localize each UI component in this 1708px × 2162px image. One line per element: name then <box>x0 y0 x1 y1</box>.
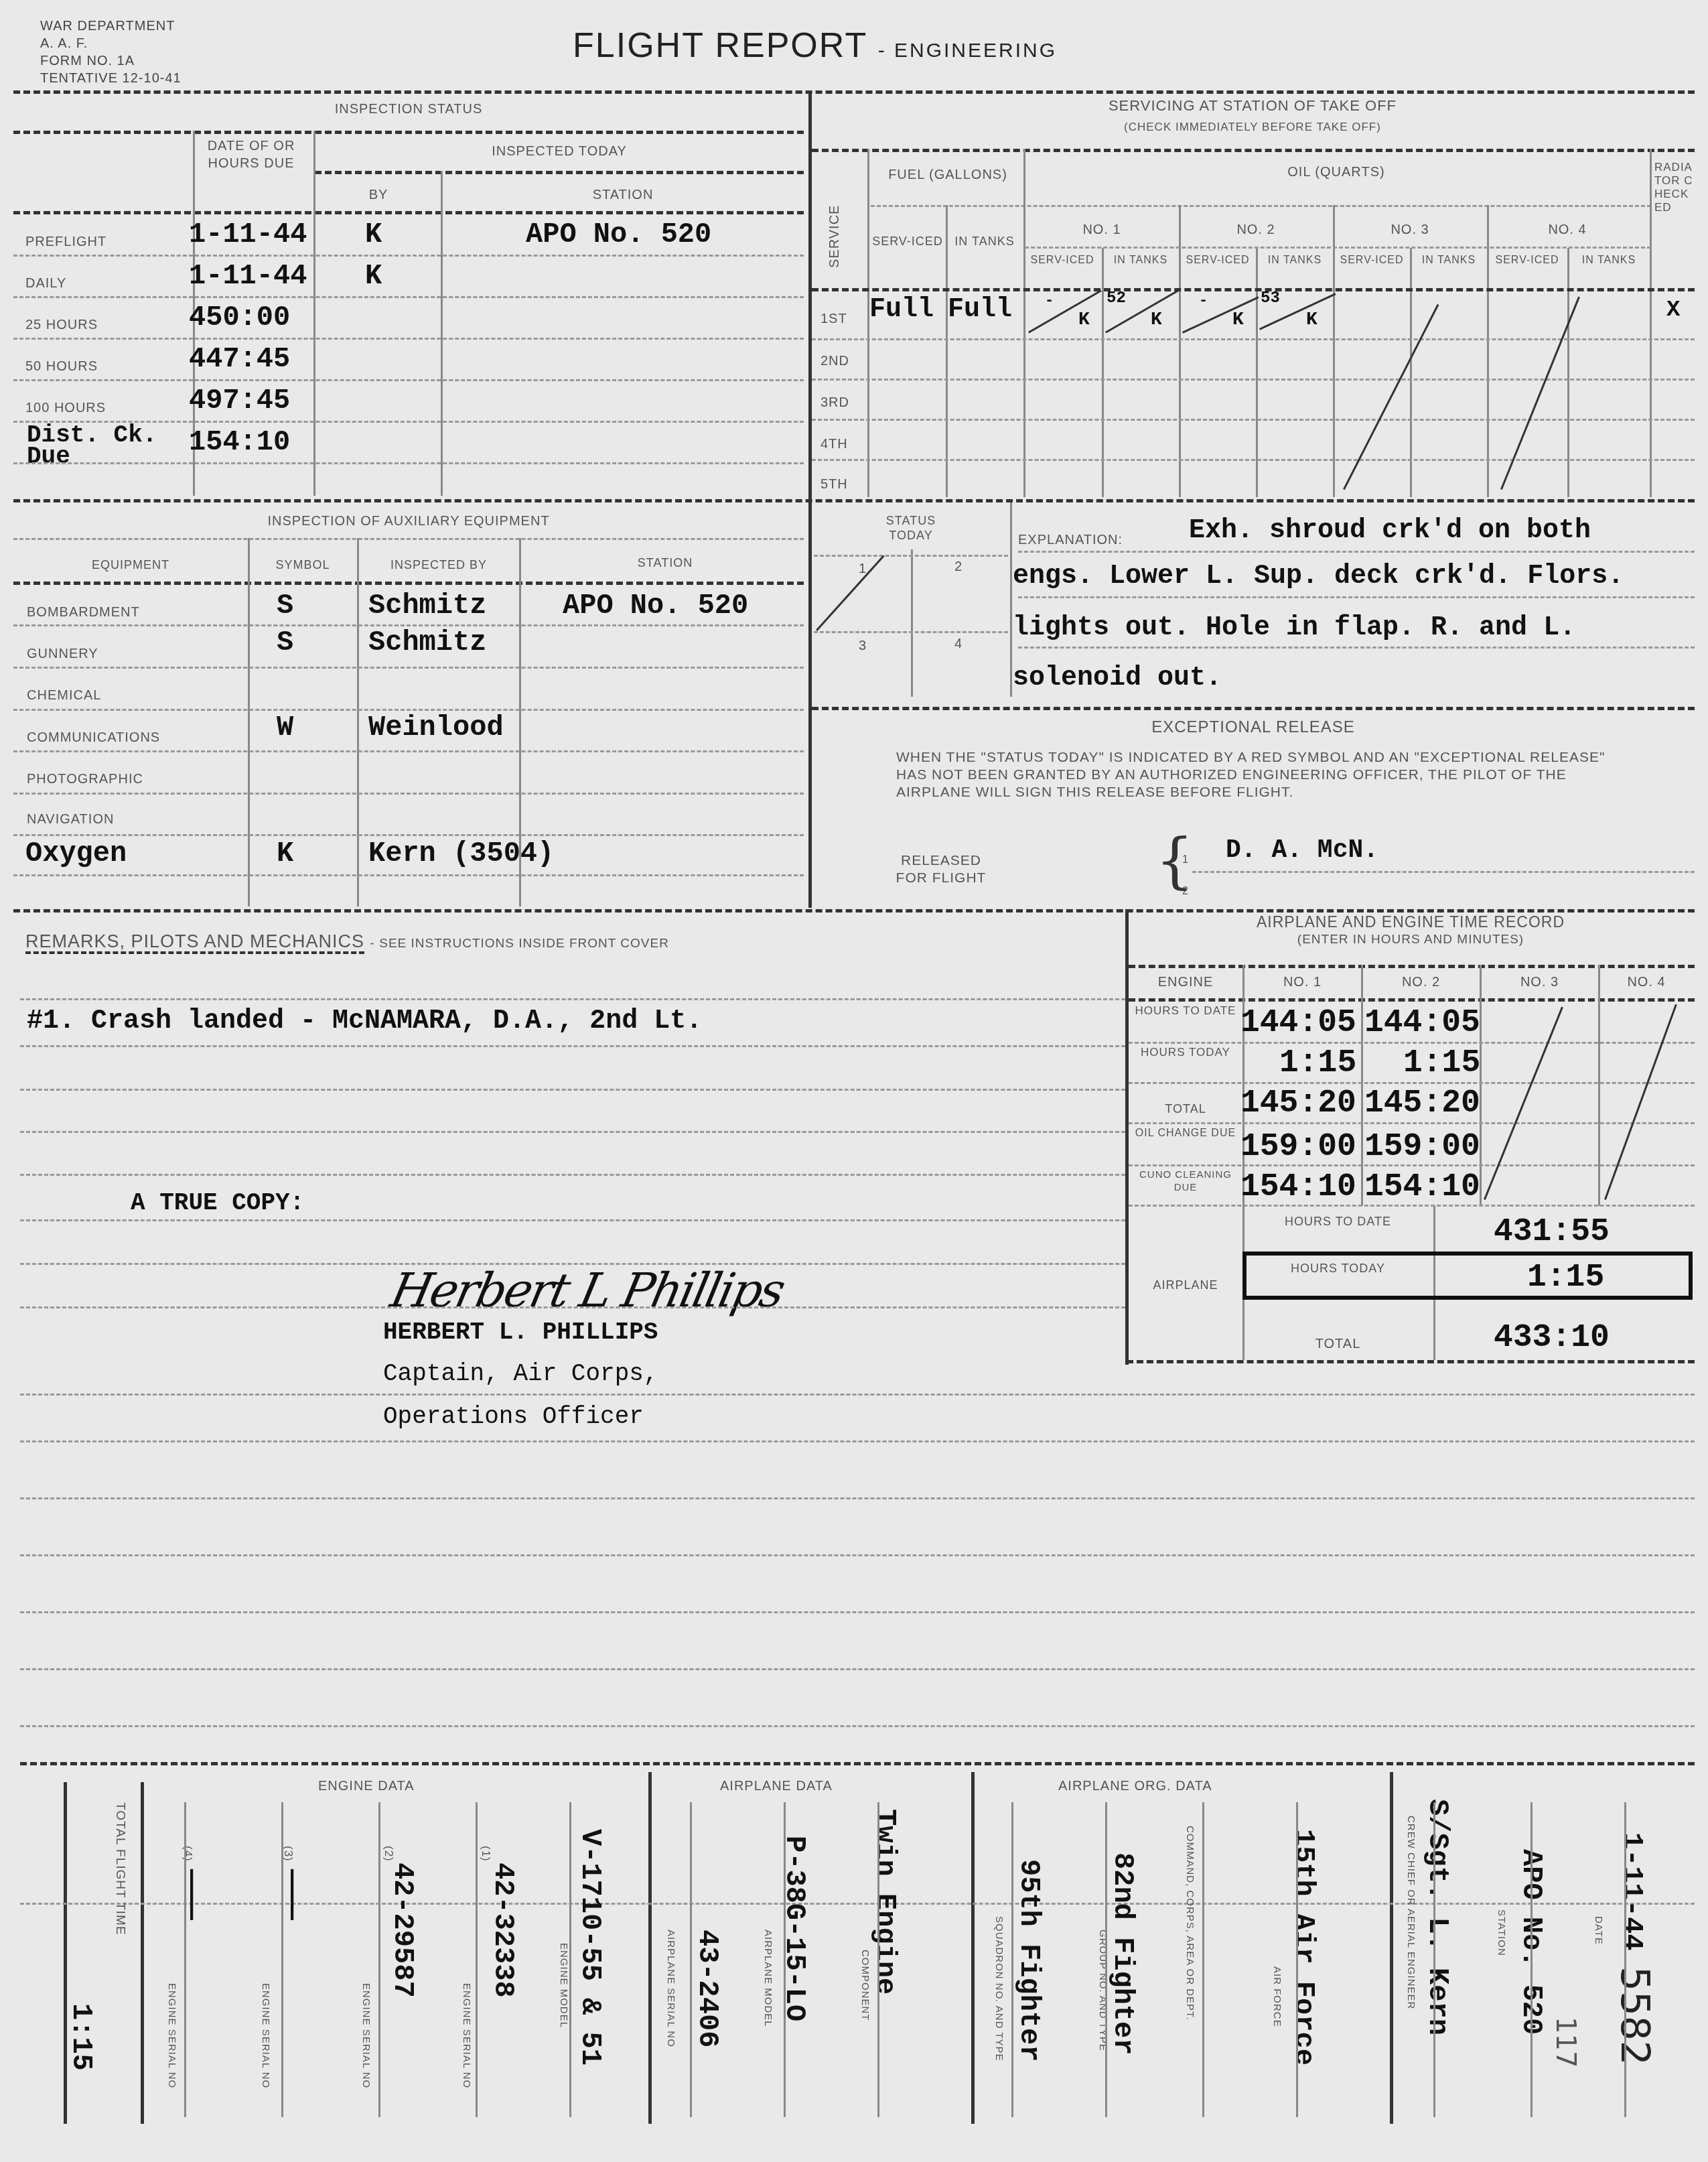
oil-engine-2: NO. 2 <box>1179 222 1333 238</box>
engine-2-serial-label: ENGINE SERIAL NO <box>360 1983 372 2088</box>
col-header-by: BY <box>315 188 442 203</box>
air-force-label: AIR FORCE <box>1271 1966 1283 2027</box>
row-label: 50 HOURS <box>25 359 98 375</box>
oil2-in-tanks-header: IN TANKS <box>1257 255 1332 267</box>
dept-line: TENTATIVE 12-10-41 <box>40 70 182 87</box>
engine2-value: 1:15 <box>1403 1045 1480 1081</box>
squadron: 95th Fighter <box>1013 1859 1045 2062</box>
fuel-serviced: Full <box>869 295 934 325</box>
explanation-label: EXPLANATION: <box>1018 533 1123 548</box>
signer-title: Operations Officer <box>383 1403 644 1430</box>
col-equipment: EQUIPMENT <box>13 558 248 572</box>
engine-data-title: ENGINE DATA <box>318 1779 415 1794</box>
oil2-serviced-by: K <box>1232 310 1244 330</box>
engine-model-label: ENGINE MODEL <box>558 1943 569 2028</box>
oil1-serviced-header: SERV-ICED <box>1025 255 1100 267</box>
oil-engine-4: NO. 4 <box>1487 222 1648 238</box>
col-station: STATION <box>521 556 809 570</box>
equipment-label: GUNNERY <box>27 647 98 662</box>
crew-chief-label: CREW CHIEF OR AERIAL ENGINEER <box>1405 1816 1417 2009</box>
engine-4-num: (4) <box>181 1846 194 1862</box>
release-line-2-num: 2 <box>1182 886 1189 898</box>
airplane-hours-today: 1:15 <box>1527 1260 1604 1296</box>
engine2-value: 144:05 <box>1364 1005 1480 1041</box>
engine1-value: 144:05 <box>1240 1005 1356 1041</box>
engine-1-serial-label: ENGINE SERIAL NO <box>461 1983 472 2088</box>
time-row-label: TOTAL <box>1132 1102 1239 1116</box>
exceptional-release-title: EXCEPTIONAL RELEASE <box>812 718 1695 737</box>
airplane-serial: 43-2406 <box>691 1930 723 2047</box>
symbol: K <box>277 837 293 870</box>
total-flight-time-label: TOTAL FLIGHT TIME <box>113 1802 127 1936</box>
exceptional-release-text: WHEN THE "STATUS TODAY" IS INDICATED BY … <box>896 749 1626 801</box>
explanation-line: lights out. Hole in flap. R. and L. <box>1013 613 1575 643</box>
time-record-subtitle: (ENTER IN HOURS AND MINUTES) <box>1127 933 1695 947</box>
subtitle-text: - ENGINEERING <box>878 40 1057 62</box>
oil-label: OIL (QUARTS) <box>1025 163 1648 181</box>
signature: Herbert L Phillips <box>386 1263 788 1318</box>
engine-model: V-1710-55 & 51 <box>574 1829 606 2066</box>
engine2-value: 145:20 <box>1364 1085 1480 1122</box>
time-row-label: HOURS TO DATE <box>1132 1004 1239 1018</box>
engine-1-serial: 42-32338 <box>487 1863 519 1998</box>
equipment-label: COMMUNICATIONS <box>27 730 160 746</box>
squadron-label: SQUADRON NO. AND TYPE <box>993 1916 1005 2062</box>
crew-chief: S/Sgt. L. Kern <box>1421 1799 1453 2035</box>
airplane-model-label: AIRPLANE MODEL <box>762 1930 774 2027</box>
engine-2-num: (2) <box>382 1846 395 1862</box>
airplane-data-title: AIRPLANE DATA <box>720 1779 833 1794</box>
engine-3-num: (3) <box>281 1846 295 1862</box>
date-label: DATE <box>1593 1916 1604 1945</box>
service-row-label: 1ST <box>821 312 847 327</box>
row-label: 25 HOURS <box>25 318 98 333</box>
engine1-value: 159:00 <box>1240 1129 1356 1165</box>
group: 82nd Fighter <box>1107 1852 1139 2055</box>
service-row-label: 2ND <box>821 354 849 369</box>
oil1-in-tanks: 52 <box>1107 289 1126 308</box>
fuel-in-tanks-header: IN TANKS <box>947 234 1022 249</box>
due-value: 497:45 <box>189 385 290 417</box>
component: Twin Engine <box>869 1809 901 1995</box>
time-col-engine-4: NO. 4 <box>1599 975 1693 990</box>
dept-line: FORM NO. 1A <box>40 52 182 70</box>
equipment-label: NAVIGATION <box>27 812 114 827</box>
symbol: S <box>277 590 293 622</box>
time-row-label: HOURS TODAY <box>1132 1045 1239 1059</box>
status-cell-3: 3 <box>859 638 867 654</box>
explanation-line: Exh. shroud crk'd on both <box>1189 516 1591 546</box>
col-header-station: STATION <box>442 188 804 203</box>
due-value: 154:10 <box>189 426 290 458</box>
airplane-total: 433:10 <box>1494 1320 1610 1356</box>
row-label: Dist. Ck. Due <box>27 425 188 468</box>
inspection-status-title: INSPECTION STATUS <box>13 102 804 117</box>
form-identifier: WAR DEPARTMENT A. A. F. FORM NO. 1A TENT… <box>40 17 182 87</box>
auxiliary-title: INSPECTION OF AUXILIARY EQUIPMENT <box>13 514 804 529</box>
remarks-title: REMARKS, PILOTS AND MECHANICS - SEE INST… <box>25 931 669 952</box>
time-col-engine-2: NO. 2 <box>1362 975 1480 990</box>
status-diagonal <box>816 555 885 631</box>
symbol: W <box>277 712 293 744</box>
time-col-engine-3: NO. 3 <box>1481 975 1598 990</box>
equipment-label: CHEMICAL <box>27 688 101 703</box>
engine2-value: 154:10 <box>1364 1169 1480 1205</box>
true-copy-label: A TRUE COPY: <box>131 1189 304 1217</box>
airplane-row-label: HOURS TODAY <box>1246 1261 1430 1276</box>
oil-engine-3: NO. 3 <box>1333 222 1487 238</box>
time-record-title: AIRPLANE AND ENGINE TIME RECORD <box>1127 913 1695 931</box>
date: 1-11-44 <box>1616 1832 1648 1950</box>
release-signature-1: D. A. McN. <box>1226 836 1378 865</box>
col-inspected-by: INSPECTED BY <box>358 558 519 572</box>
equipment-label: Oxygen <box>25 837 127 870</box>
service-row-label: 4TH <box>821 437 848 452</box>
fuel-label: FUEL (GALLONS) <box>871 166 1025 184</box>
radiator-label: RADIATOR CHECKED <box>1654 161 1695 214</box>
col-symbol: SYMBOL <box>249 558 356 572</box>
signer-name: HERBERT L. PHILLIPS <box>383 1319 658 1346</box>
engine1-value: 145:20 <box>1240 1085 1356 1122</box>
airplane-hours-to-date: 431:55 <box>1494 1214 1610 1250</box>
strike-time-engine-4 <box>1604 1004 1677 1200</box>
strike-time-engine-3 <box>1484 1007 1563 1201</box>
oil-engine-1: NO. 1 <box>1025 222 1179 238</box>
inspected-by: Weinlood <box>368 712 504 744</box>
signer-rank: Captain, Air Corps, <box>383 1360 658 1388</box>
title-text: FLIGHT REPORT <box>573 26 867 65</box>
oil1-in-tanks-header: IN TANKS <box>1103 255 1178 267</box>
oil3-in-tanks-header: IN TANKS <box>1411 255 1486 267</box>
station-label: STATION <box>1496 1909 1507 1956</box>
air-force: 15th Air Force <box>1287 1829 1320 2066</box>
handwritten-number: 5582 <box>1612 1966 1658 2066</box>
explanation-line: engs. Lower L. Sup. deck crk'd. Flors. <box>1013 561 1624 592</box>
time-row-label: OIL CHANGE DUE <box>1132 1127 1239 1140</box>
row-label: DAILY <box>25 276 66 291</box>
equipment-label: BOMBARDMENT <box>27 605 140 620</box>
time-col-engine-1: NO. 1 <box>1244 975 1361 990</box>
row-label: 100 HOURS <box>25 401 106 416</box>
due-value: 450:00 <box>189 301 290 334</box>
airplane-row-label: TOTAL <box>1246 1337 1430 1352</box>
airplane-label: AIRPLANE <box>1129 1278 1242 1292</box>
engine-2-serial: 42-29587 <box>386 1863 419 1998</box>
engine-1-num: (1) <box>479 1846 492 1862</box>
oil4-serviced-header: SERV-ICED <box>1488 255 1566 267</box>
status-today-label: STATUS TODAY <box>864 513 958 543</box>
status-cell-2: 2 <box>954 559 963 575</box>
servicing-title: SERVICING AT STATION OF TAKE OFF <box>810 97 1695 115</box>
due-value: 447:45 <box>189 343 290 375</box>
fuel-serviced-header: SERV-ICED <box>871 234 944 249</box>
oil2-serviced-header: SERV-ICED <box>1180 255 1255 267</box>
equipment-label: PHOTOGRAPHIC <box>27 772 143 787</box>
release-line-1-num: 1 <box>1182 854 1189 866</box>
total-flight-time: 1:15 <box>65 2003 97 2071</box>
dept-line: A. A. F. <box>40 35 182 52</box>
oil2-in-tanks-by: K <box>1306 310 1318 330</box>
servicing-subtitle: (CHECK IMMEDIATELY BEFORE TAKE OFF) <box>810 121 1695 134</box>
service-row-label: 5TH <box>821 477 848 492</box>
oil3-serviced-header: SERV-ICED <box>1334 255 1409 267</box>
strike-engine-3 <box>1343 304 1439 490</box>
time-row-label: CUNO CLEANING DUE <box>1129 1168 1242 1194</box>
inspected-by: Schmitz <box>368 626 486 659</box>
col-engine: ENGINE <box>1129 975 1242 990</box>
inspected-by: K <box>365 260 382 292</box>
engine2-value: 159:00 <box>1364 1129 1480 1165</box>
remarks-title-text: REMARKS, PILOTS AND MECHANICS <box>25 931 364 954</box>
org-data-title: AIRPLANE ORG. DATA <box>1058 1779 1212 1794</box>
service-row-label: 3RD <box>821 395 849 411</box>
due-value: 1-11-44 <box>189 218 307 251</box>
inspected-by: Kern (3504) <box>368 837 554 870</box>
oil2-in-tanks: 53 <box>1261 289 1280 308</box>
oil1-in-tanks-by: K <box>1151 310 1162 330</box>
radiator-checked: X <box>1666 297 1680 323</box>
oil1-serviced-by: K <box>1078 310 1090 330</box>
engine-4-serial: ——— <box>175 1869 208 1920</box>
due-value: 1-11-44 <box>189 260 307 292</box>
page-title: FLIGHT REPORT - ENGINEERING <box>573 25 1057 66</box>
remarks-instruction: - SEE INSTRUCTIONS INSIDE FRONT COVER <box>370 937 669 951</box>
hours-today-box <box>1242 1252 1693 1300</box>
service-col-label: SERVICE <box>827 205 843 268</box>
dept-line: WAR DEPARTMENT <box>40 17 182 35</box>
status-cell-4: 4 <box>954 636 963 652</box>
symbol: S <box>277 626 293 659</box>
fuel-in-tanks: Full <box>948 295 1012 325</box>
col-header-inspected-today: INSPECTED TODAY <box>315 144 804 159</box>
engine1-value: 1:15 <box>1279 1045 1356 1081</box>
oil1-serviced: - <box>1045 292 1054 309</box>
engine1-value: 154:10 <box>1240 1169 1356 1205</box>
station: APO No. 520 <box>563 590 748 622</box>
handwritten-mark: 117 <box>1550 2017 1581 2068</box>
station-value: APO No. 520 <box>526 218 711 251</box>
inspected-by: K <box>365 218 382 251</box>
released-for-flight-label: RELEASED FOR FLIGHT <box>891 852 991 887</box>
command-label: COMMAND, CORPS, AREA OR DEPT. <box>1184 1826 1196 2021</box>
airplane-row-label: HOURS TO DATE <box>1246 1214 1430 1229</box>
engine-3-serial-label: ENGINE SERIAL NO <box>260 1983 271 2088</box>
airplane-serial-label: AIRPLANE SERIAL NO <box>665 1930 677 2047</box>
engine-4-serial-label: ENGINE SERIAL NO <box>166 1983 177 2088</box>
oil2-serviced: - <box>1199 292 1208 309</box>
inspected-by: Schmitz <box>368 590 486 622</box>
remarks-entry: #1. Crash landed - McNAMARA, D.A., 2nd L… <box>27 1006 702 1036</box>
oil4-in-tanks-header: IN TANKS <box>1569 255 1649 267</box>
row-label: PREFLIGHT <box>25 234 106 250</box>
explanation-line: solenoid out. <box>1013 663 1222 693</box>
col-header-due: DATE OF OR HOURS DUE <box>194 137 308 172</box>
